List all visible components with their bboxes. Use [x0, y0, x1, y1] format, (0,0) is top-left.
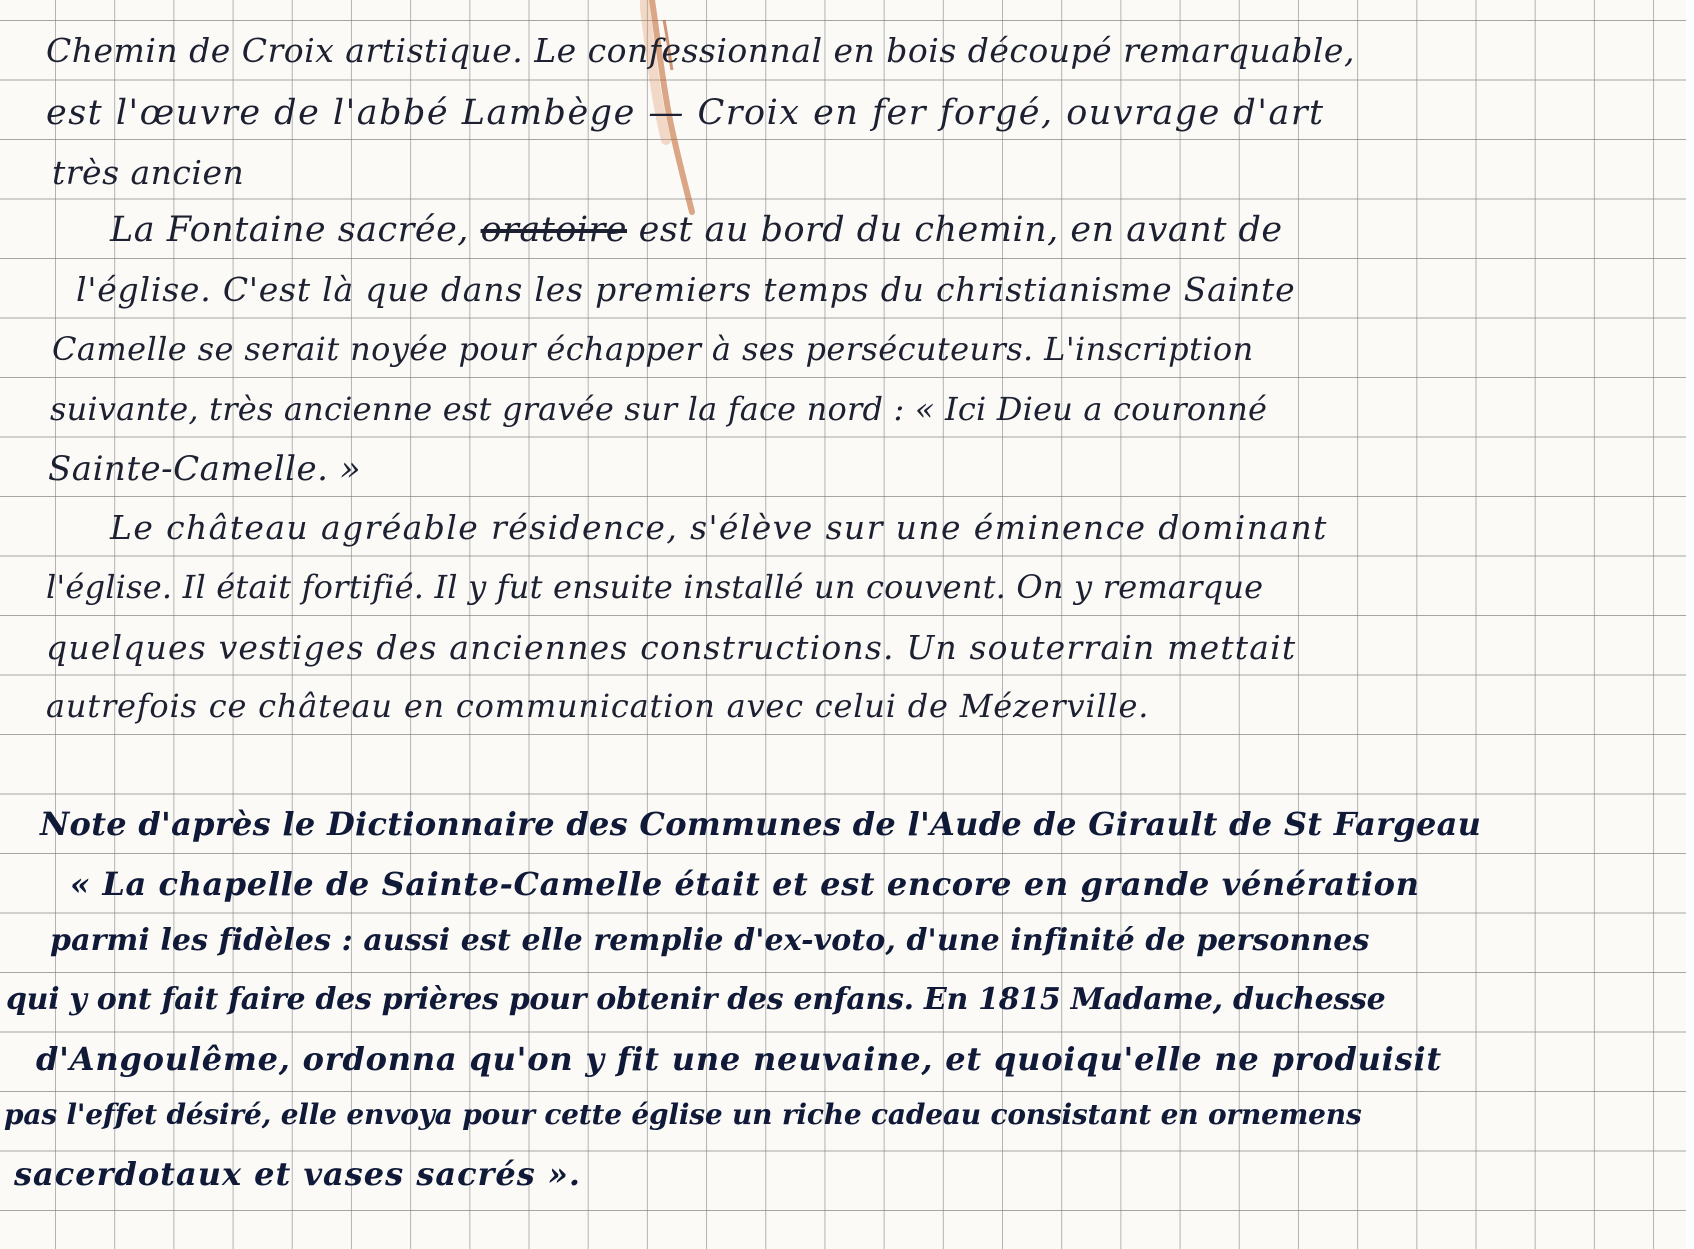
text-line: pas l'effet désiré, elle envoya pour cet… — [4, 1101, 1362, 1129]
text-line: suivante, très ancienne est gravée sur l… — [50, 393, 1267, 425]
text-fragment: La Fontaine sacrée, — [110, 210, 469, 250]
text-line: est l'œuvre de l'abbé Lambège — Croix en… — [46, 96, 1325, 131]
text-line: l'église. C'est là que dans les premiers… — [76, 273, 1295, 306]
handwritten-text: Chemin de Croix artistique. Le confessio… — [0, 0, 1686, 1249]
text-line: parmi les fidèles : aussi est elle rempl… — [50, 926, 1369, 956]
graph-paper-page: Chemin de Croix artistique. Le confessio… — [0, 0, 1687, 1249]
text-line: Sainte-Camelle. » — [48, 452, 361, 486]
text-line: « La chapelle de Sainte-Camelle était et… — [70, 868, 1419, 900]
text-fragment: est au bord du chemin, en avant de — [639, 210, 1283, 250]
text-line: l'église. Il était fortifié. Il y fut en… — [46, 571, 1263, 603]
text-line: quelques vestiges des anciennes construc… — [46, 631, 1296, 664]
text-line: très ancien — [52, 156, 244, 189]
text-line: Camelle se serait noyée pour échapper à … — [52, 333, 1254, 365]
text-line: autrefois ce château en communication av… — [46, 690, 1149, 722]
text-line: La Fontaine sacrée, oratoire est au bord… — [110, 213, 1283, 248]
note-heading-line: Note d'après le Dictionnaire des Commune… — [40, 808, 1481, 840]
page-edge — [1686, 0, 1694, 1249]
struck-out-word: oratoire — [481, 210, 627, 250]
text-line: Chemin de Croix artistique. Le confessio… — [46, 34, 1355, 67]
text-line: sacerdotaux et vases sacrés ». — [14, 1158, 581, 1190]
text-line: qui y ont fait faire des prières pour ob… — [6, 985, 1385, 1015]
text-line: Le château agréable résidence, s'élève s… — [110, 511, 1328, 544]
text-line: d'Angoulême, ordonna qu'on y fit une neu… — [36, 1043, 1442, 1075]
